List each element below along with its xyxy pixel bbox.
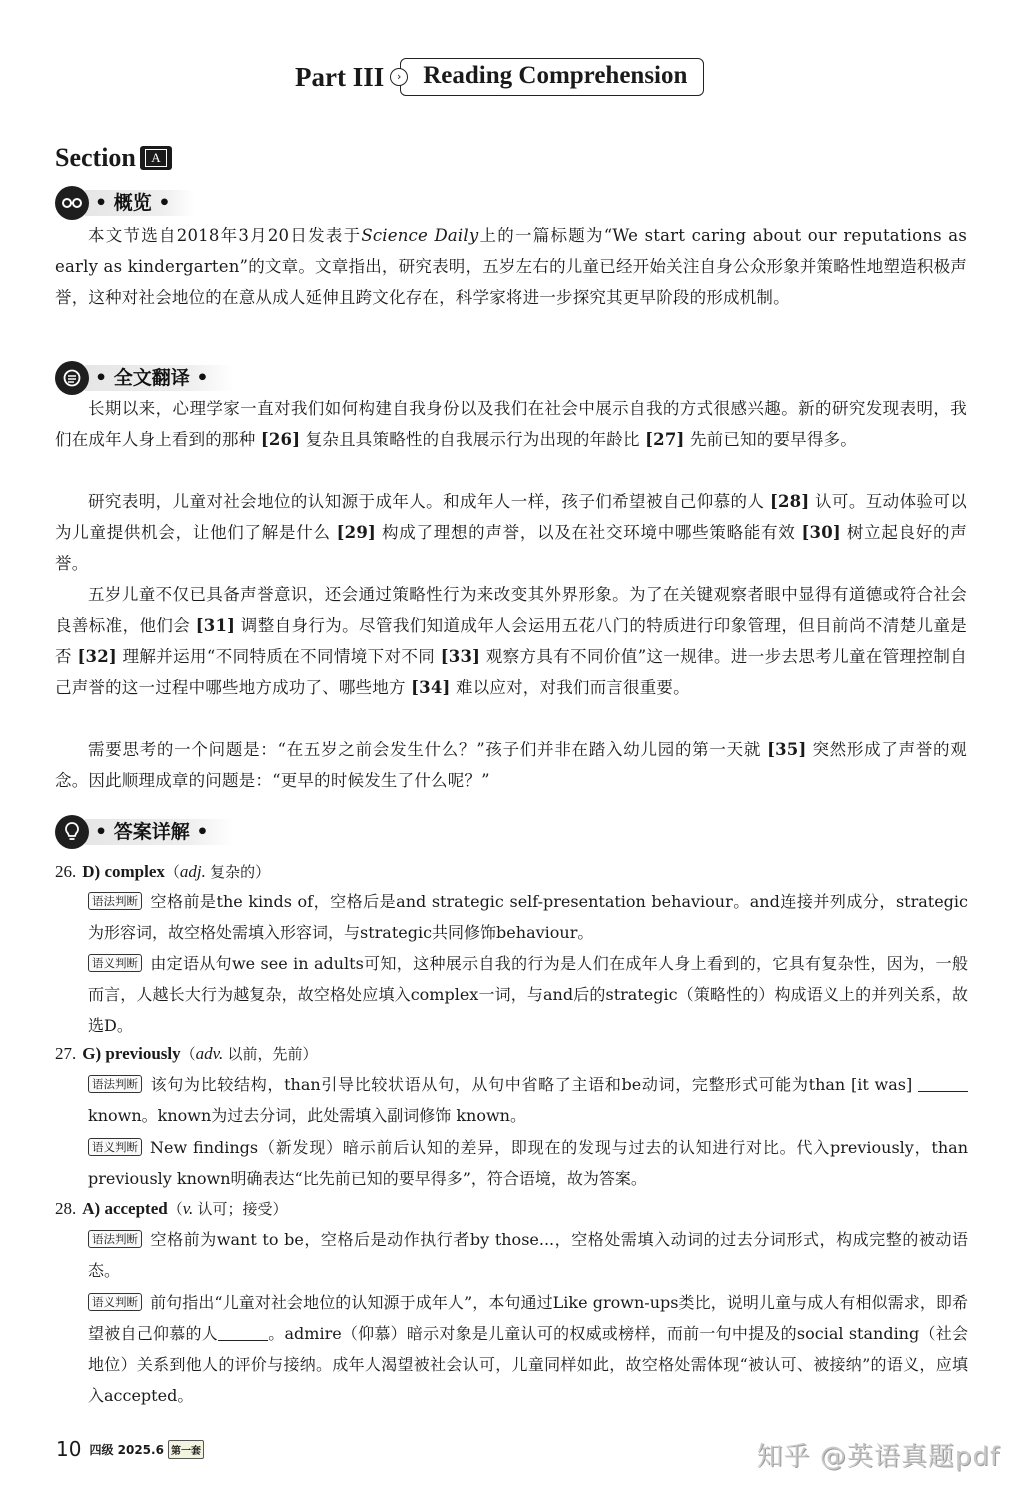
- answer-blank: [918, 1077, 968, 1092]
- blank-number: [30]: [802, 523, 841, 542]
- blank-number: [26]: [261, 430, 300, 449]
- page-footer: 10 四级 2025.6 第一套: [56, 1437, 204, 1461]
- part-title-box: › Reading Comprehension: [400, 58, 704, 96]
- blank-number: [34]: [411, 678, 450, 697]
- part-of-speech: adj.: [180, 862, 206, 881]
- answer-26-grammar: 语法判断空格前是the kinds of，空格后是and strategic s…: [88, 886, 968, 948]
- translation-paragraph-3: 五岁儿童不仅已具备声誉意识，还会通过策略性行为来改变其外界形象。为了在关键观察者…: [55, 579, 967, 703]
- part-title: Reading Comprehension: [423, 62, 687, 90]
- chat-bubble-icon: [55, 361, 89, 395]
- document-page: Part III › Reading Comprehension Section…: [0, 0, 1026, 1506]
- text: 需要思考的一个问题是：“在五岁之前会发生什么？”孩子们并非在踏入幼儿园的第一天就: [88, 740, 767, 759]
- answer-28-semantic: 语义判断前句指出“儿童对社会地位的认知源于成年人”，本句通过Like grown…: [88, 1287, 968, 1411]
- answer-27-grammar: 语法判断该句为比较结构，than引导比较状语从句，从句中省略了主语和be动词，完…: [88, 1069, 968, 1131]
- blank-number: [32]: [78, 647, 117, 666]
- part-header: Part III › Reading Comprehension: [295, 58, 704, 96]
- blank-number: [35]: [767, 740, 806, 759]
- part-label: Part III: [295, 62, 384, 93]
- section-letter-badge: A: [140, 146, 172, 170]
- text: 复杂且具策略性的自我展示行为出现的年龄比: [300, 430, 645, 449]
- watermark: 知乎 @英语真题pdf: [757, 1436, 1000, 1473]
- lightbulb-icon: [55, 815, 89, 849]
- page-number: 10: [56, 1437, 81, 1461]
- semantic-tag: 语义判断: [88, 1138, 142, 1156]
- exam-level: 四级 2025.6: [89, 1441, 164, 1458]
- answer-blank: [218, 1326, 268, 1341]
- section-title: Section A: [55, 143, 172, 173]
- answer-choice: A) accepted: [82, 1199, 167, 1218]
- answer-28-head: 28.A) accepted（v. 认可；接受）: [55, 1195, 288, 1223]
- answer-26-head: 26.D) complex（adj. 复杂的）: [55, 858, 270, 886]
- answers-heading: • 答案详解 •: [55, 815, 233, 849]
- text: 研究表明，儿童对社会地位的认知源于成年人。和成年人一样，孩子们希望被自己仰慕的人: [88, 492, 770, 511]
- blank-number: [33]: [441, 647, 480, 666]
- text: 难以应对，对我们而言很重要。: [451, 678, 690, 697]
- answer-choice: G) previously: [82, 1044, 180, 1063]
- blank-number: [27]: [645, 430, 684, 449]
- answers-heading-label: • 答案详解 •: [85, 819, 233, 845]
- grammar-text: 该句为比较结构，than引导比较状语从句，从句中省略了主语和be动词，完整形式可…: [150, 1075, 918, 1094]
- translation-heading-label: • 全文翻译 •: [85, 365, 233, 391]
- glasses-icon: [55, 186, 89, 220]
- overview-text-pre: 本文节选自2018年3月20日发表于: [88, 226, 361, 245]
- grammar-text: 空格前为want to be，空格后是动作执行者by those...，空格处需…: [88, 1230, 968, 1280]
- semantic-text: New findings（新发现）暗示前后认知的差异，即现在的发现与过去的认知进…: [88, 1138, 968, 1188]
- semantic-tag: 语义判断: [88, 954, 142, 972]
- overview-source: Science Daily: [361, 226, 478, 245]
- question-number: 28.: [55, 1199, 76, 1218]
- text: 先前已知的要早得多。: [685, 430, 857, 449]
- text: 理解并运用“不同特质在不同情境下对不同: [117, 647, 441, 666]
- blank-number: [28]: [770, 492, 809, 511]
- translation-paragraph-4: 需要思考的一个问题是：“在五岁之前会发生什么？”孩子们并非在踏入幼儿园的第一天就…: [55, 734, 967, 796]
- grammar-tag: 语法判断: [88, 892, 142, 910]
- translation-heading: • 全文翻译 •: [55, 361, 233, 395]
- semantic-text: 由定语从句we see in adults可知，这种展示自我的行为是人们在成年人…: [88, 954, 968, 1035]
- section-word: Section: [55, 143, 136, 173]
- blank-number: [29]: [337, 523, 376, 542]
- question-number: 27.: [55, 1044, 76, 1063]
- question-number: 26.: [55, 862, 76, 881]
- answer-27-head: 27.G) previously（adv. 以前，先前）: [55, 1040, 317, 1068]
- grammar-text: 空格前是the kinds of，空格后是and strategic self-…: [88, 892, 968, 942]
- overview-heading-label: • 概览 •: [85, 190, 195, 216]
- text: 构成了理想的声誉，以及在社交环境中哪些策略能有效: [376, 523, 801, 542]
- answer-gloss: 复杂的: [210, 863, 255, 881]
- chevron-right-icon: ›: [390, 68, 408, 86]
- overview-heading: • 概览 •: [55, 186, 195, 220]
- answer-choice: D) complex: [82, 862, 165, 881]
- answer-27-semantic: 语义判断New findings（新发现）暗示前后认知的差异，即现在的发现与过去…: [88, 1132, 968, 1194]
- set-badge: 第一套: [168, 1440, 204, 1459]
- answer-gloss: 以前，先前: [227, 1045, 302, 1063]
- translation-paragraph-1: 长期以来，心理学家一直对我们如何构建自我身份以及我们在社会中展示自我的方式很感兴…: [55, 393, 967, 455]
- translation-paragraph-2: 研究表明，儿童对社会地位的认知源于成年人。和成年人一样，孩子们希望被自己仰慕的人…: [55, 486, 967, 579]
- grammar-text: known。known为过去分词，此处需填入副词修饰 known。: [88, 1106, 526, 1125]
- part-of-speech: adv.: [196, 1044, 224, 1063]
- answer-28-grammar: 语法判断空格前为want to be，空格后是动作执行者by those...，…: [88, 1224, 968, 1286]
- blank-number: [31]: [196, 616, 235, 635]
- section-letter: A: [145, 149, 167, 167]
- answer-gloss: 认可；接受: [198, 1200, 273, 1218]
- part-of-speech: v.: [183, 1199, 194, 1218]
- grammar-tag: 语法判断: [88, 1075, 142, 1093]
- grammar-tag: 语法判断: [88, 1230, 142, 1248]
- semantic-tag: 语义判断: [88, 1293, 142, 1311]
- answer-26-semantic: 语义判断由定语从句we see in adults可知，这种展示自我的行为是人们…: [88, 948, 968, 1041]
- overview-paragraph: 本文节选自2018年3月20日发表于Science Daily上的一篇标题为“W…: [55, 220, 967, 313]
